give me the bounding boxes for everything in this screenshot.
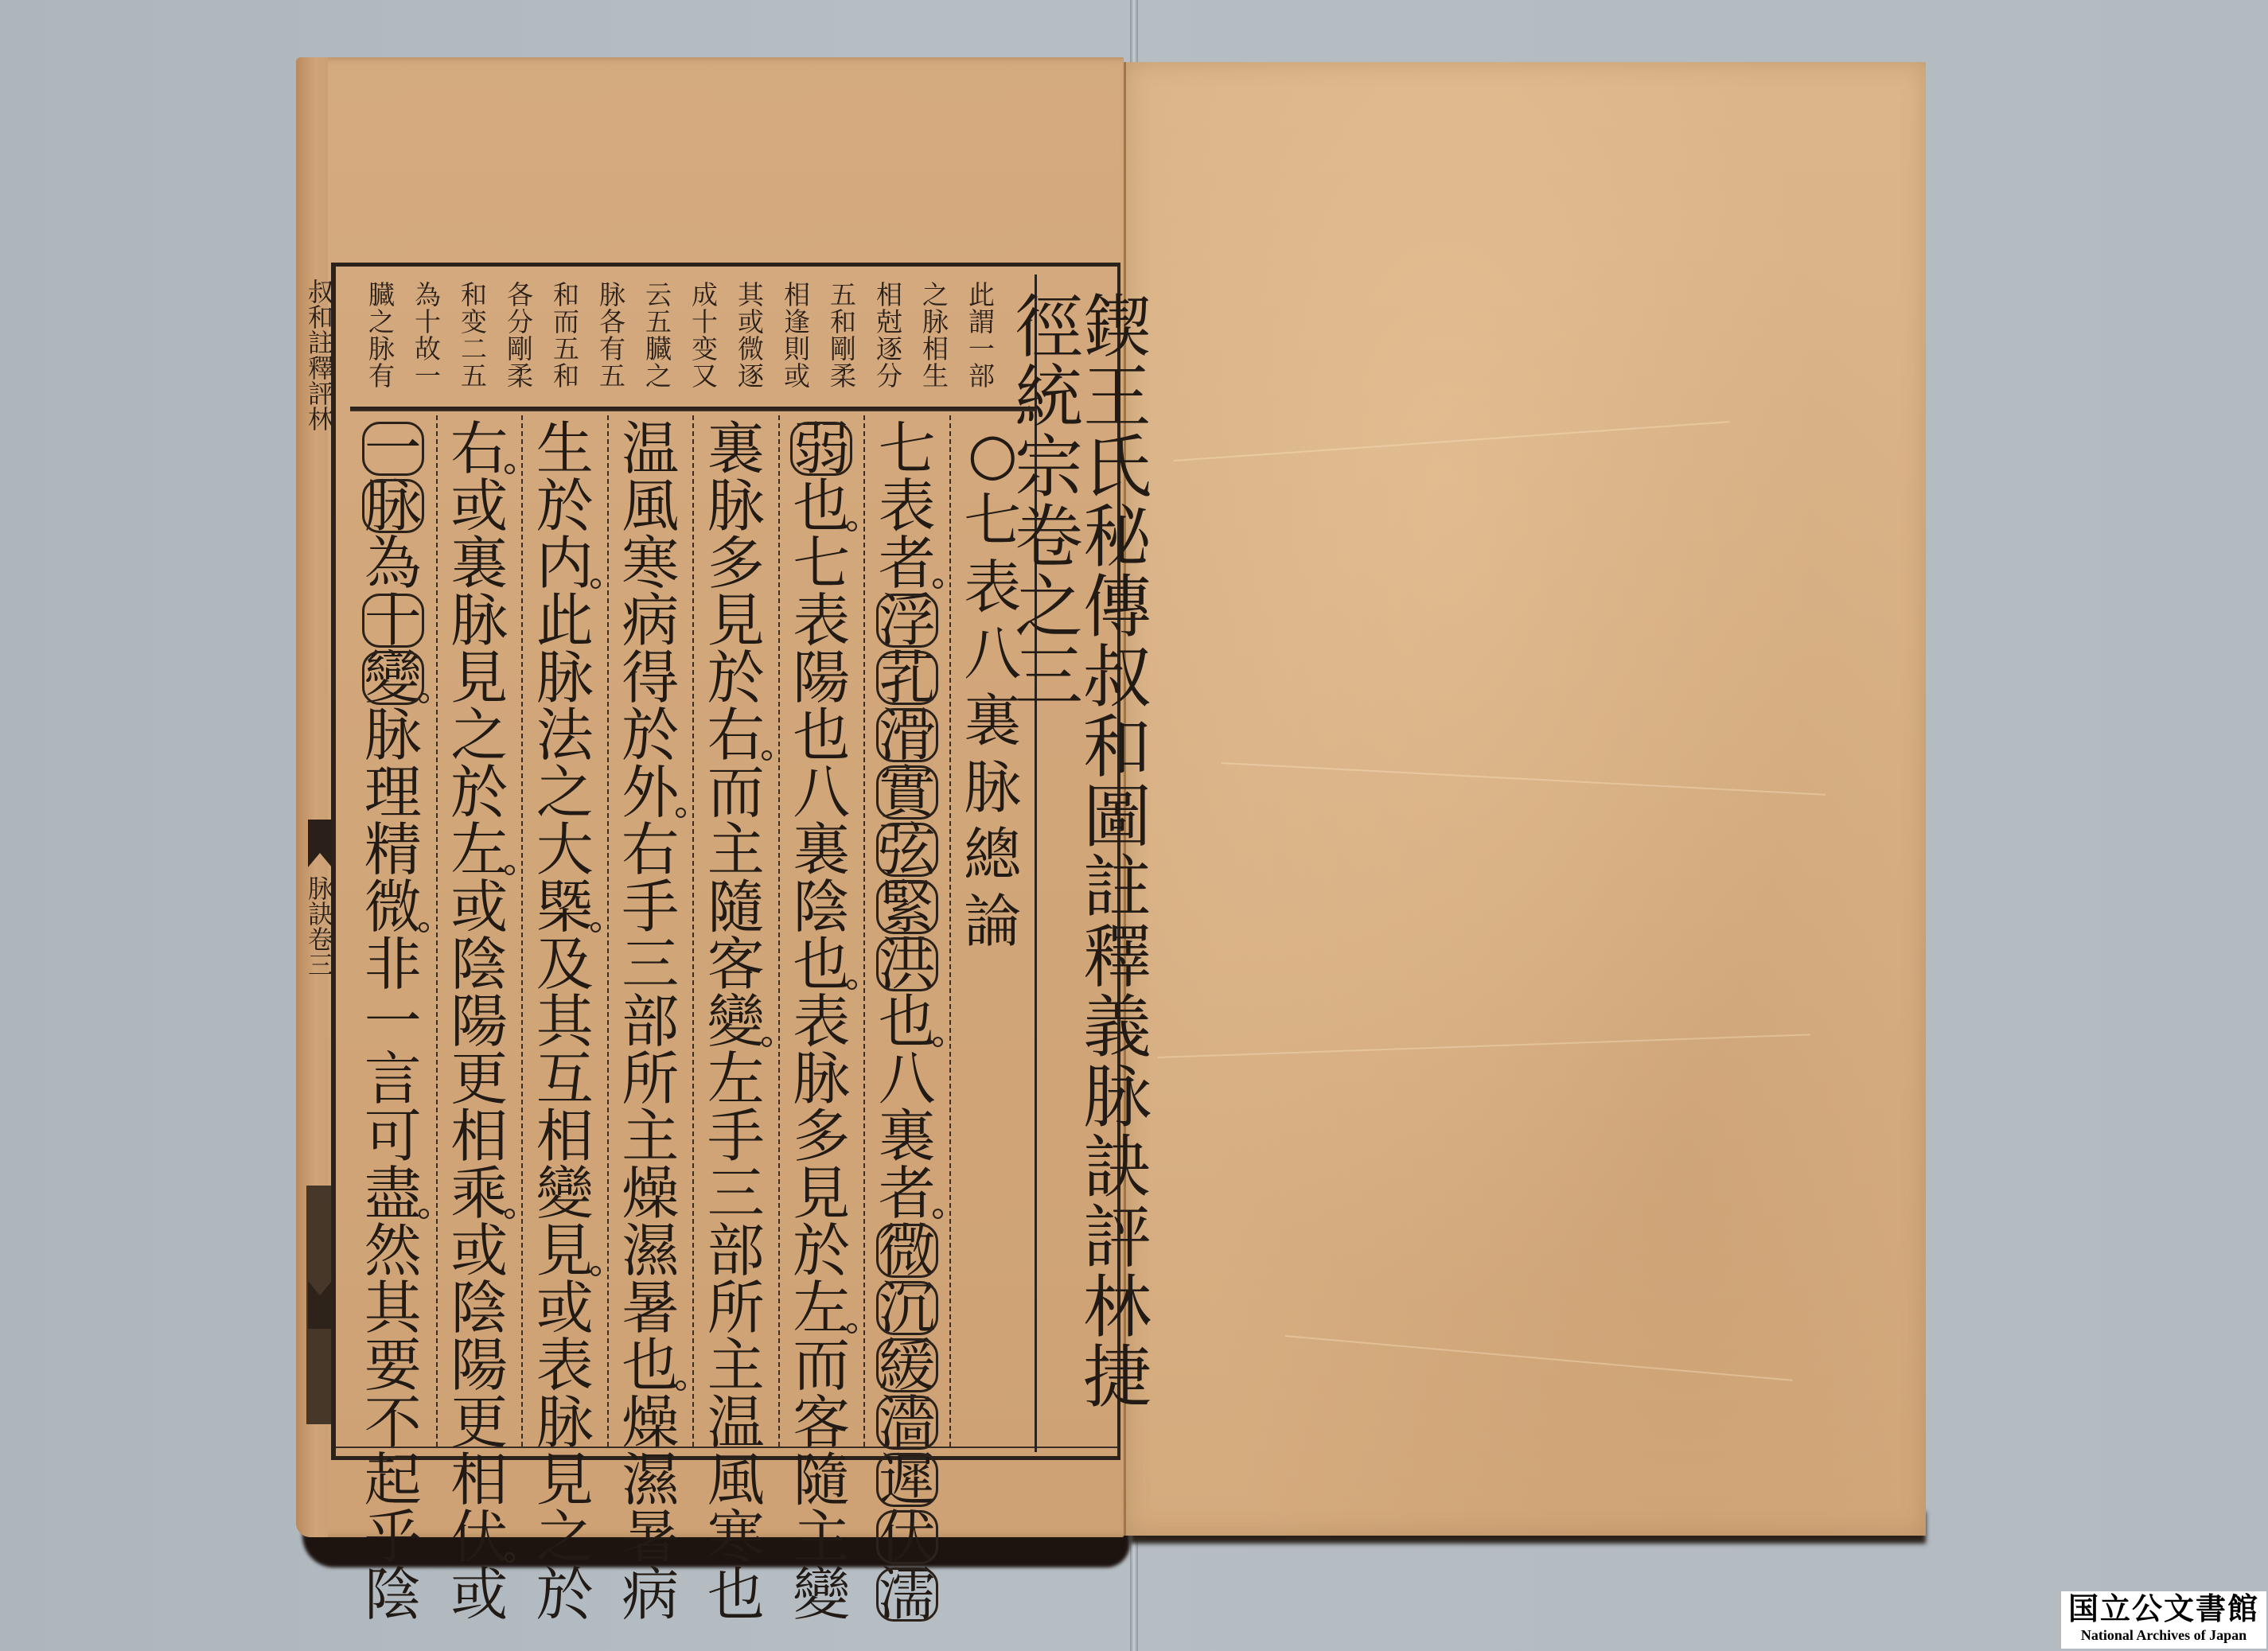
character: 槩 <box>529 878 601 936</box>
header-rule <box>350 410 1035 411</box>
circled-character: 沉 <box>871 1279 943 1337</box>
character: 陽 <box>443 1337 515 1394</box>
character: 理 <box>357 764 429 821</box>
character: 變 <box>700 993 772 1050</box>
circled-character: 一 <box>357 420 429 477</box>
character: 暑 <box>614 1279 686 1337</box>
character: 於 <box>614 707 686 764</box>
character: 相 <box>529 1108 601 1165</box>
character: 裏 <box>871 1108 943 1165</box>
character: 一 <box>357 993 429 1050</box>
circled-character: 滑 <box>871 707 943 764</box>
character: 右 <box>443 420 515 477</box>
character: 風 <box>700 1451 772 1509</box>
character: 於 <box>700 649 772 707</box>
character: 濕 <box>614 1451 686 1509</box>
annotation-column: 相尅逐分 <box>864 275 910 407</box>
character: 或 <box>443 1566 515 1623</box>
character: 裏 <box>785 821 857 878</box>
character: 要 <box>357 1337 429 1394</box>
circled-character: 伏 <box>871 1509 943 1566</box>
character: 客 <box>785 1394 857 1451</box>
character: 表 <box>871 477 943 535</box>
character: 相 <box>443 1451 515 1509</box>
character: 及 <box>529 936 601 993</box>
character: 變 <box>529 1165 601 1222</box>
margin-banxin: 叔和註釋評林 脉訣卷三 <box>305 263 336 1460</box>
header-annotation-band: 此謂一部 之脉相生 相尅逐分 五和剛柔 相逢則或 其或微逐 成十变又 云五臓之 … <box>350 275 1035 410</box>
character: 内 <box>529 535 601 592</box>
character: 右 <box>614 821 686 878</box>
character: 不 <box>357 1394 429 1451</box>
text-column: 七表者浮芤滑實弦緊洪也八裏者微沉緩濇遲伏濡 <box>863 415 949 1447</box>
character: 温 <box>614 420 686 477</box>
character: 主 <box>614 1108 686 1165</box>
character: 陰 <box>443 936 515 993</box>
character: 主 <box>700 821 772 878</box>
character: 見 <box>529 1451 601 1509</box>
character: 者 <box>871 535 943 592</box>
circled-character: 弱 <box>785 420 857 477</box>
paper-crease <box>1285 1335 1793 1381</box>
character: 脉 <box>957 754 1028 821</box>
character: 乘 <box>443 1165 515 1222</box>
character: 七 <box>785 535 857 592</box>
fishtail-mark-icon <box>308 820 332 867</box>
character: 或 <box>443 878 515 936</box>
annotation-column: 云五臓之 <box>633 275 680 407</box>
character: 脉 <box>357 707 429 764</box>
paper-crease <box>1174 421 1729 461</box>
character: 言 <box>357 1050 429 1108</box>
main-text-body: ○七表八裏脉總論七表者浮芤滑實弦緊洪也八裏者微沉緩濇遲伏濡弱也七表陽也八裏陰也表… <box>350 415 1035 1447</box>
annotation-column: 脉各有五 <box>587 275 633 407</box>
character: 或 <box>529 1279 601 1337</box>
character: 主 <box>700 1337 772 1394</box>
character: 之 <box>529 1509 601 1566</box>
character: 表 <box>785 592 857 649</box>
character: 見 <box>443 649 515 707</box>
text-column: 温風寒病得於外右手三部所主燥濕暑也燥濕暑病 <box>607 415 693 1447</box>
annotation-column: 和而五和 <box>541 275 587 407</box>
annotation-column: 各分剛柔 <box>495 275 541 407</box>
character: 外 <box>614 764 686 821</box>
character: 也 <box>785 477 857 535</box>
annotation-column: 相逢則或 <box>772 275 818 407</box>
logo-japanese: 国立公文書館 <box>2068 1591 2259 1626</box>
character: 起 <box>357 1451 429 1509</box>
circled-character: 遲 <box>871 1451 943 1509</box>
banxin-upper-text: 叔和註釋評林 <box>305 278 333 431</box>
circled-character: 濡 <box>871 1566 943 1623</box>
character: 主 <box>785 1509 857 1566</box>
character: 右 <box>700 707 772 764</box>
circled-character: 弦 <box>871 821 943 878</box>
character: 左 <box>700 1050 772 1108</box>
annotation-column: 為十故一 <box>403 275 449 407</box>
character: 寒 <box>700 1509 772 1566</box>
character: 左 <box>443 821 515 878</box>
circled-character: 緊 <box>871 878 943 936</box>
character: 八 <box>957 621 1028 687</box>
circled-character: 十 <box>357 592 429 649</box>
annotation-column: 之脉相生 <box>910 275 957 407</box>
character: 也 <box>871 993 943 1050</box>
logo-english: National Archives of Japan <box>2081 1626 2247 1644</box>
annotation-column: 其或微逐 <box>726 275 772 407</box>
character: 得 <box>614 649 686 707</box>
text-column: 裏脉多見於右而主隨客變左手三部所主温風寒也 <box>692 415 778 1447</box>
character: 陰 <box>357 1566 429 1623</box>
character: 而 <box>700 764 772 821</box>
character: 其 <box>529 993 601 1050</box>
character: ○ <box>957 420 1028 487</box>
circled-character: 浮 <box>871 592 943 649</box>
character: 部 <box>614 993 686 1050</box>
archive-watermark-logo: 国立公文書館 National Archives of Japan <box>2061 1591 2266 1649</box>
circled-character: 緩 <box>871 1337 943 1394</box>
character: 風 <box>614 477 686 535</box>
character: 更 <box>443 1394 515 1451</box>
character: 所 <box>614 1050 686 1108</box>
character: 脉 <box>443 592 515 649</box>
character: 於 <box>785 1222 857 1279</box>
character: 七 <box>957 487 1028 554</box>
character: 手 <box>614 878 686 936</box>
character: 温 <box>700 1394 772 1451</box>
character: 濕 <box>614 1222 686 1279</box>
character: 為 <box>357 535 429 592</box>
character: 也 <box>614 1337 686 1394</box>
character: 三 <box>614 936 686 993</box>
character: 相 <box>443 1108 515 1165</box>
character: 表 <box>785 993 857 1050</box>
character: 其 <box>357 1279 429 1337</box>
character: 於 <box>443 764 515 821</box>
paper-crease <box>1158 1034 1810 1058</box>
banxin-lower-text: 脉訣卷三 <box>305 875 333 977</box>
character: 此 <box>529 592 601 649</box>
character: 病 <box>614 592 686 649</box>
character: 脉 <box>529 649 601 707</box>
character: 裏 <box>700 420 772 477</box>
character: 左 <box>785 1279 857 1337</box>
character: 裏 <box>443 535 515 592</box>
character: 者 <box>871 1165 943 1222</box>
character: 法 <box>529 707 601 764</box>
text-column: 右或裏脉見之於左或陰陽更相乘或陰陽更相伏或 <box>436 415 522 1447</box>
character: 或 <box>443 1222 515 1279</box>
character: 微 <box>357 878 429 936</box>
character: 燥 <box>614 1394 686 1451</box>
annotation-column: 五和剛柔 <box>818 275 864 407</box>
character: 燥 <box>614 1165 686 1222</box>
circled-character: 洪 <box>871 936 943 993</box>
annotation-column: 臓之脉有 <box>357 275 403 407</box>
character: 三 <box>700 1165 772 1222</box>
annotation-column: 和变二五 <box>449 275 495 407</box>
character: 精 <box>357 821 429 878</box>
character: 隨 <box>785 1451 857 1509</box>
circled-character: 濇 <box>871 1394 943 1451</box>
character: 八 <box>871 1050 943 1108</box>
character: 非 <box>357 936 429 993</box>
character: 表 <box>957 554 1028 621</box>
text-column: 一脉為十變脉理精微非一言可盡然其要不起乎陰 <box>350 415 436 1447</box>
character: 脉 <box>785 1050 857 1108</box>
character: 變 <box>785 1566 857 1623</box>
character: 於 <box>529 1566 601 1623</box>
character: 多 <box>785 1108 857 1165</box>
character: 脉 <box>700 477 772 535</box>
character: 表 <box>529 1337 601 1394</box>
annotation-column: 此謂一部 <box>957 275 1003 407</box>
character: 論 <box>957 888 1028 955</box>
character: 或 <box>443 477 515 535</box>
character: 生 <box>529 420 601 477</box>
character: 多 <box>700 535 772 592</box>
text-column: 弱也七表陽也八裏陰也表脉多見於左而客隨主變 <box>778 415 864 1447</box>
text-column: 生於内此脉法之大槩及其互相變見或表脉見之於 <box>521 415 607 1447</box>
character: 病 <box>614 1566 686 1623</box>
banxin-black-block <box>306 1186 332 1424</box>
character: 暑 <box>614 1509 686 1566</box>
character: 寒 <box>614 535 686 592</box>
character: 裏 <box>957 687 1028 754</box>
character: 互 <box>529 1050 601 1108</box>
character: 乎 <box>357 1509 429 1566</box>
character: 也 <box>700 1566 772 1623</box>
character: 於 <box>529 477 601 535</box>
circled-character: 變 <box>357 649 429 707</box>
character: 見 <box>529 1222 601 1279</box>
character: 見 <box>785 1165 857 1222</box>
character: 也 <box>785 936 857 993</box>
character: 可 <box>357 1108 429 1165</box>
circled-character: 實 <box>871 764 943 821</box>
annotation-column: 成十变又 <box>680 275 726 407</box>
title-column: 鍥王氏秘傳叔和圖註釋義脉訣評林捷徑統宗卷之三 <box>1035 275 1116 1452</box>
character: 之 <box>443 707 515 764</box>
circled-character: 芤 <box>871 649 943 707</box>
character: 而 <box>785 1337 857 1394</box>
character: 七 <box>871 420 943 477</box>
character: 盡 <box>357 1165 429 1222</box>
character: 八 <box>785 764 857 821</box>
character: 然 <box>357 1222 429 1279</box>
character: 總 <box>957 821 1028 888</box>
character: 陰 <box>443 1279 515 1337</box>
circled-character: 微 <box>871 1222 943 1279</box>
character: 部 <box>700 1222 772 1279</box>
character: 大 <box>529 821 601 878</box>
character: 陽 <box>785 649 857 707</box>
circled-character: 脉 <box>357 477 429 535</box>
character: 更 <box>443 1050 515 1108</box>
character: 隨 <box>700 878 772 936</box>
paper-crease <box>1222 762 1826 796</box>
character: 見 <box>700 592 772 649</box>
character: 客 <box>700 936 772 993</box>
character: 也 <box>785 707 857 764</box>
character: 手 <box>700 1108 772 1165</box>
character: 陰 <box>785 878 857 936</box>
character: 脉 <box>529 1394 601 1451</box>
character: 伏 <box>443 1509 515 1566</box>
section-heading-column: ○七表八裏脉總論 <box>949 415 1035 1447</box>
character: 陽 <box>443 993 515 1050</box>
character: 所 <box>700 1279 772 1337</box>
right-page-blank <box>1124 62 1926 1536</box>
character: 之 <box>529 764 601 821</box>
